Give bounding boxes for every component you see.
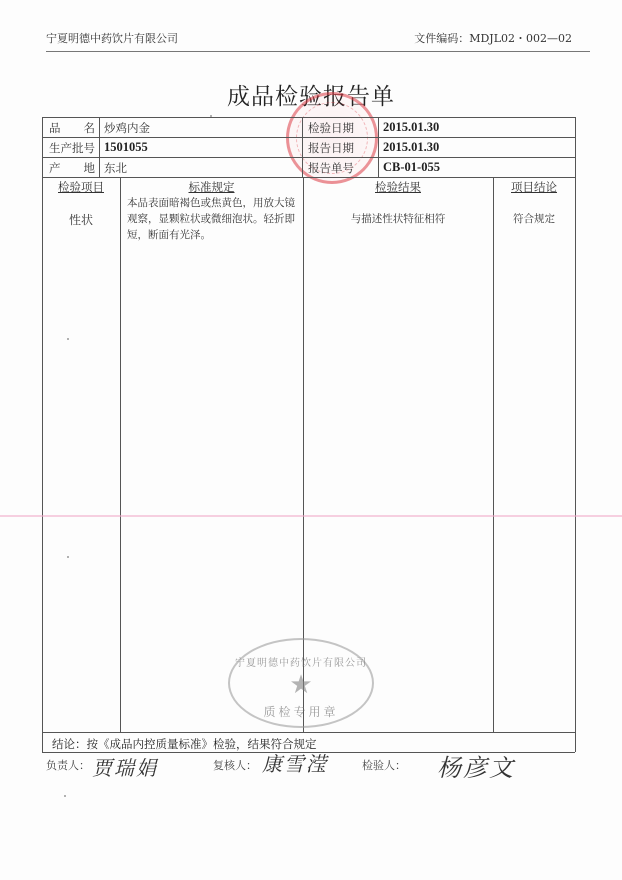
inspector-signature: 杨彦文: [437, 748, 515, 783]
star-icon: ★: [228, 670, 374, 700]
row-item: 性状: [42, 211, 120, 228]
inspect-date-value: 2015.01.30: [383, 120, 439, 135]
scan-artifact-line: [0, 515, 622, 517]
row-divider: [42, 732, 575, 733]
company-name: 宁夏明德中药饮片有限公司: [46, 30, 178, 46]
product-name-label: 品 名: [49, 120, 95, 136]
table-border-top: [42, 117, 575, 118]
responsible-signature: 贾瑞娟: [92, 752, 158, 781]
origin-value: 东北: [104, 160, 127, 176]
header-divider: [46, 51, 590, 52]
table-border-right: [575, 117, 576, 752]
row-standard: 本品表面暗褐色或焦黄色，用放大镜观察，显颗粒状或微细泡状。轻折即短，断面有光泽。: [127, 195, 301, 243]
column-header-result: 检验结果: [303, 179, 493, 195]
column-header-standard: 标准规定: [120, 179, 303, 195]
col-divider: [493, 177, 494, 732]
scan-speck: [67, 338, 69, 340]
report-no-label: 报告单号: [308, 160, 354, 176]
reviewer-signature: 康雪滢: [262, 748, 328, 777]
column-header-conclusion: 项目结论: [493, 179, 575, 195]
col-divider: [378, 117, 379, 177]
col-divider: [120, 177, 121, 732]
responsible-label: 负责人：: [46, 757, 90, 773]
report-date-value: 2015.01.30: [383, 140, 439, 155]
scan-speck: [210, 115, 212, 117]
batch-label: 生产批号: [49, 140, 95, 156]
seal-company-text: 宁夏明德中药饮片有限公司: [228, 654, 374, 669]
origin-label: 产 地: [49, 160, 95, 176]
report-no-value: CB-01-055: [383, 160, 440, 175]
row-divider: [42, 177, 575, 178]
report-date-label: 报告日期: [308, 140, 354, 156]
row-result: 与描述性状特征相符: [303, 211, 493, 227]
inspect-date-label: 检验日期: [308, 120, 354, 136]
col-divider: [99, 117, 100, 177]
row-divider: [42, 157, 575, 158]
scan-speck: [64, 795, 66, 797]
product-name-value: 炒鸡内金: [104, 120, 150, 136]
inspector-label: 检验人：: [362, 757, 406, 773]
scan-speck: [67, 556, 69, 558]
batch-value: 1501055: [104, 140, 148, 155]
document-code: 文件编码：MDJL02・002—02: [414, 30, 572, 46]
reviewer-label: 复核人：: [213, 757, 257, 773]
seal-purpose-text: 质检专用章: [228, 703, 374, 720]
row-conclusion: 符合规定: [493, 211, 575, 227]
row-divider: [42, 137, 575, 138]
column-header-item: 检验项目: [42, 179, 120, 195]
col-divider: [302, 117, 303, 177]
